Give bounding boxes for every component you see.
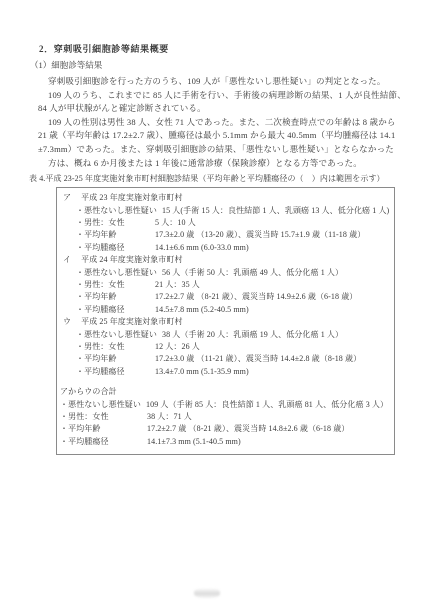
row-value: 109 人（手術 85 人：良性結節 1 人、乳頭癌 81 人、低分化癌 3 人… bbox=[146, 399, 388, 411]
row-value: 17.2±2.7 歳 （8-21 歳）、震災当時 14.9±2.6 歳（6-18… bbox=[155, 291, 357, 303]
row-value: 38 人：71 人 bbox=[147, 411, 192, 423]
section-h25: ウ平成 25 年度実施対象市町村 ・悪性ないし悪性疑い38 人（手術 20 人：… bbox=[57, 316, 394, 378]
table-row: ・男性：女性5 人：10 人 bbox=[57, 217, 394, 229]
table-row: ・男性：女性21 人：35 人 bbox=[57, 279, 394, 291]
intro-line: 方は、概ね 6 か月後または 1 年後に通常診療（保険診療）となる方等であった。 bbox=[48, 157, 424, 171]
row-label: ・平均腫瘍径 bbox=[76, 242, 155, 254]
section-title: 2．穿刺吸引細胞診等結果概要 bbox=[39, 44, 424, 55]
row-value: 12 人：26 人 bbox=[155, 341, 200, 353]
row-label: ・悪性ないし悪性疑い bbox=[76, 329, 157, 341]
row-value: 14.1±6.6 mm (6.0-33.0 mm) bbox=[155, 242, 249, 254]
table-row: ・悪性ないし悪性疑い56 人（手術 50 人：乳頭癌 49 人、低分化癌 1 人… bbox=[57, 267, 394, 279]
row-label: ・悪性ないし悪性疑い bbox=[76, 205, 157, 217]
faint-page-number-smudge bbox=[194, 588, 220, 598]
intro-line: 21 歳（平均年齢は 17.2±2.7 歳）、腫瘍径は最小 5.1mm から最大… bbox=[38, 129, 424, 143]
row-label: ・平均年齢 bbox=[76, 353, 155, 365]
intro-line: 109 人のうち、これまでに 85 人に手術を行い、手術後の病理診断の結果、1 … bbox=[48, 89, 424, 103]
table-caption: 表 4.平成 23-25 年度実施対象市町村細胞診結果（平均年齢と平均腫瘍径の（… bbox=[29, 173, 424, 184]
row-value: 14.5±7.8 mm (5.2-40.5 mm) bbox=[155, 304, 249, 316]
table-row: ・平均年齢17.2±2.7 歳 （8-21 歳）、震災当時 14.8±2.6 歳… bbox=[57, 423, 394, 435]
row-value: 14.1±7.3 mm (5.1-40.5 mm) bbox=[147, 436, 241, 448]
section-total: アからウの合計 ・悪性ないし悪性疑い109 人（手術 85 人：良性結節 1 人… bbox=[57, 386, 394, 448]
intro-paragraphs: 穿刺吸引細胞診を行った方のうち、109 人が「悪性ないし悪性疑い」の判定となった… bbox=[0, 75, 424, 170]
table-row: ・男性：女性38 人：71 人 bbox=[57, 411, 394, 423]
row-value: 5 人：10 人 bbox=[155, 217, 196, 229]
row-label: ・平均腫瘍径 bbox=[60, 436, 147, 448]
row-value: 21 人：35 人 bbox=[155, 279, 200, 291]
subsection-title: （1）細胞診等結果 bbox=[30, 60, 424, 71]
section-marker: ア bbox=[63, 192, 71, 204]
table-row: ・平均腫瘍径14.1±7.3 mm (5.1-40.5 mm) bbox=[57, 436, 394, 448]
section-h24: イ平成 24 年度実施対象市町村 ・悪性ないし悪性疑い56 人（手術 50 人：… bbox=[57, 254, 394, 316]
section-heading: イ平成 24 年度実施対象市町村 bbox=[57, 254, 394, 266]
section-heading-text: 平成 25 年度実施対象市町村 bbox=[81, 317, 183, 326]
row-value: 17.3±2.0 歳 （13-20 歳）、震災当時 15.7±1.9 歳（11-… bbox=[155, 229, 365, 241]
section-heading: ア平成 23 年度実施対象市町村 bbox=[57, 192, 394, 204]
row-label: ・平均年齢 bbox=[76, 229, 155, 241]
table-row: ・悪性ないし悪性疑い15 人(手術 15 人：良性結節 1 人、乳頭癌 13 人… bbox=[57, 205, 394, 217]
row-label: ・男性：女性 bbox=[76, 217, 155, 229]
table-row: ・悪性ないし悪性疑い109 人（手術 85 人：良性結節 1 人、乳頭癌 81 … bbox=[57, 399, 394, 411]
intro-line: 穿刺吸引細胞診を行った方のうち、109 人が「悪性ないし悪性疑い」の判定となった… bbox=[48, 75, 424, 89]
row-label: ・男性：女性 bbox=[76, 279, 155, 291]
intro-line: 109 人の性別は男性 38 人、女性 71 人であった。また、二次検査時点での… bbox=[48, 116, 424, 130]
row-value: 15 人(手術 15 人：良性結節 1 人、乳頭癌 13 人、低分化癌 1 人) bbox=[162, 205, 389, 217]
table-row: ・悪性ないし悪性疑い38 人（手術 20 人：乳頭癌 19 人、低分化癌 1 人… bbox=[57, 329, 394, 341]
section-heading-text: 平成 23 年度実施対象市町村 bbox=[81, 193, 183, 202]
row-label: ・平均年齢 bbox=[76, 291, 155, 303]
section-heading-text: 平成 24 年度実施対象市町村 bbox=[81, 255, 183, 264]
row-value: 38 人（手術 20 人：乳頭癌 19 人、低分化癌 1 人） bbox=[162, 329, 343, 341]
row-label: ・男性：女性 bbox=[76, 341, 155, 353]
section-marker: ウ bbox=[63, 316, 71, 328]
row-value: 17.2±3.0 歳 （11-21 歳）、震災当時 14.4±2.8 歳（8-1… bbox=[155, 353, 361, 365]
intro-line: 84 人が甲状腺がんと確定診断されている。 bbox=[38, 102, 424, 116]
table-row: ・平均腫瘍径13.4±7.0 mm (5.1-35.9 mm) bbox=[57, 366, 394, 378]
results-table: ア平成 23 年度実施対象市町村 ・悪性ないし悪性疑い15 人(手術 15 人：… bbox=[56, 187, 395, 455]
document-page: 2．穿刺吸引細胞診等結果概要 （1）細胞診等結果 穿刺吸引細胞診を行った方のうち… bbox=[0, 0, 424, 600]
row-label: ・平均腫瘍径 bbox=[76, 304, 155, 316]
row-label: ・男性：女性 bbox=[60, 411, 147, 423]
section-heading: ウ平成 25 年度実施対象市町村 bbox=[57, 316, 394, 328]
table-row: ・平均腫瘍径14.1±6.6 mm (6.0-33.0 mm) bbox=[57, 242, 394, 254]
row-label: ・悪性ないし悪性疑い bbox=[60, 399, 141, 411]
table-row: ・平均腫瘍径14.5±7.8 mm (5.2-40.5 mm) bbox=[57, 304, 394, 316]
total-heading: アからウの合計 bbox=[57, 386, 394, 398]
row-label: ・平均年齢 bbox=[60, 423, 147, 435]
row-value: 13.4±7.0 mm (5.1-35.9 mm) bbox=[155, 366, 249, 378]
row-label: ・平均腫瘍径 bbox=[76, 366, 155, 378]
row-label: ・悪性ないし悪性疑い bbox=[76, 267, 157, 279]
table-row: ・平均年齢17.3±2.0 歳 （13-20 歳）、震災当時 15.7±1.9 … bbox=[57, 229, 394, 241]
table-row: ・男性：女性12 人：26 人 bbox=[57, 341, 394, 353]
row-value: 17.2±2.7 歳 （8-21 歳）、震災当時 14.8±2.6 歳（6-18… bbox=[147, 423, 349, 435]
row-value: 56 人（手術 50 人：乳頭癌 49 人、低分化癌 1 人） bbox=[162, 267, 343, 279]
section-h23: ア平成 23 年度実施対象市町村 ・悪性ないし悪性疑い15 人(手術 15 人：… bbox=[57, 192, 394, 254]
table-row: ・平均年齢17.2±3.0 歳 （11-21 歳）、震災当時 14.4±2.8 … bbox=[57, 353, 394, 365]
section-marker: イ bbox=[63, 254, 71, 266]
intro-line: ±7.3mm）であった。また、穿刺吸引細胞診の結果、「悪性ないし悪性疑い」となら… bbox=[38, 143, 424, 157]
table-row: ・平均年齢17.2±2.7 歳 （8-21 歳）、震災当時 14.9±2.6 歳… bbox=[57, 291, 394, 303]
